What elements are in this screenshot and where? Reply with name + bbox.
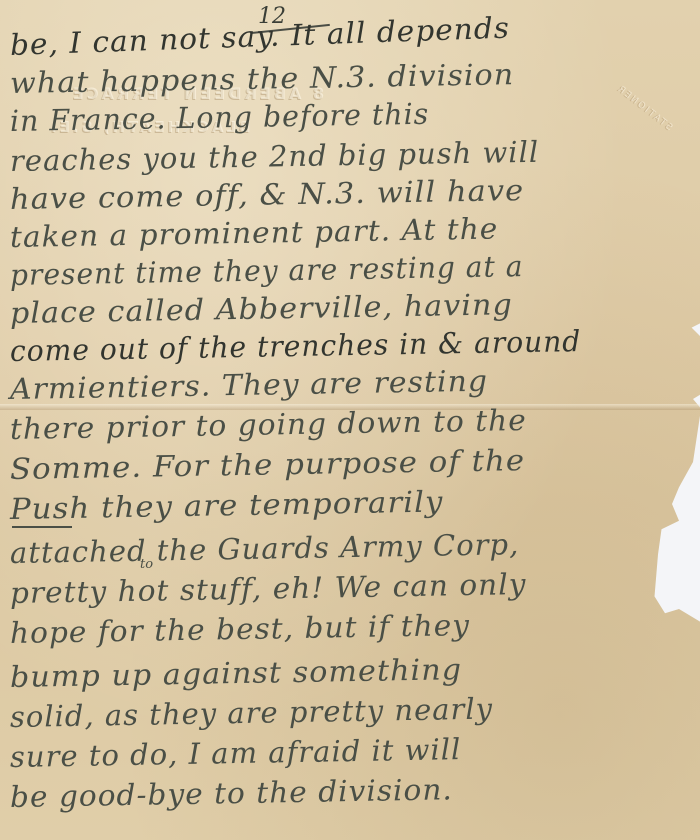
push-underline xyxy=(12,526,72,528)
inserted-word: to xyxy=(140,557,153,572)
